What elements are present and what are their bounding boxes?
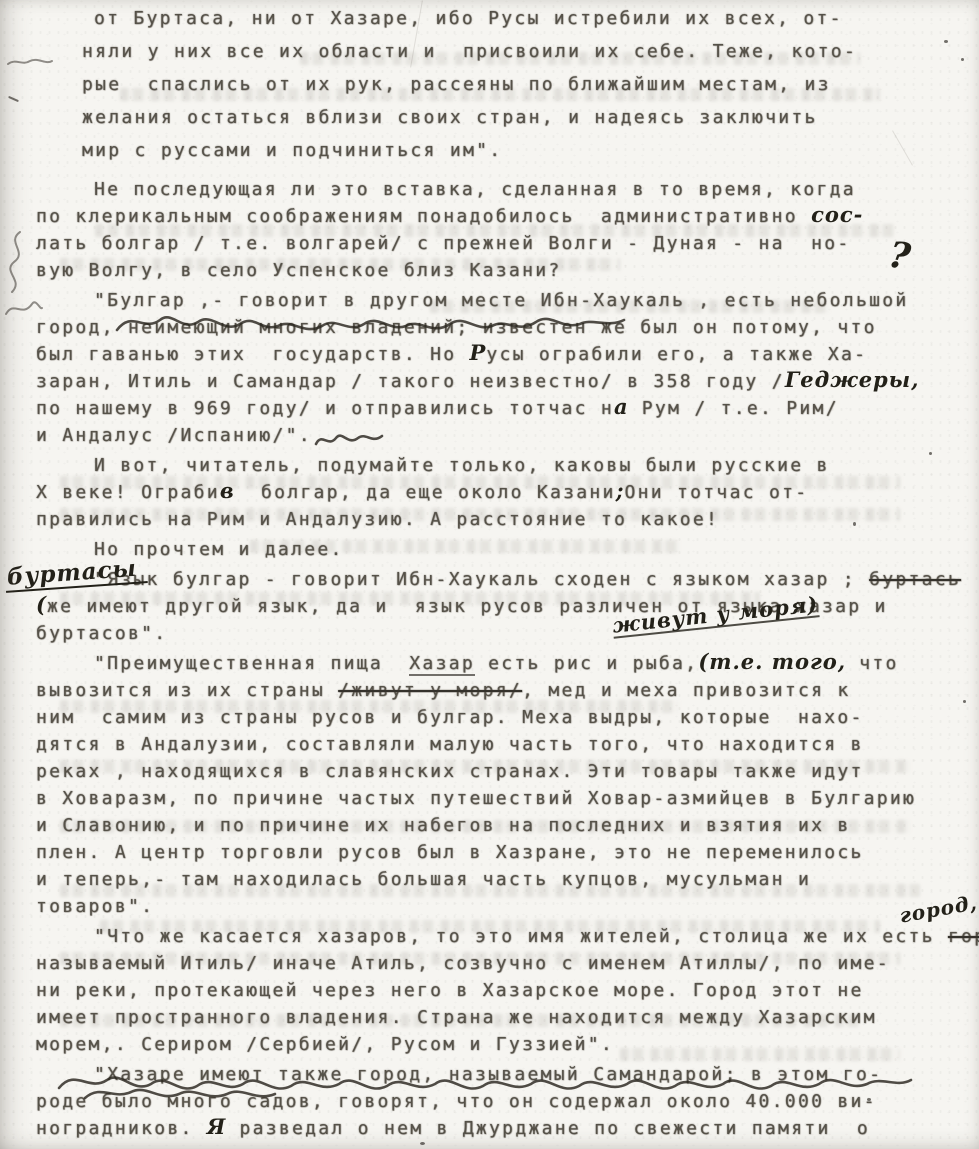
typed-text: называемый Итиль/ иначе Атиль, созвучно … [36, 953, 890, 974]
text-line: реках , находящихся в славянских странах… [36, 758, 962, 785]
typed-text: болгар, да еще около Казани [235, 482, 616, 503]
struck-text: гор [948, 926, 979, 947]
paragraph: "Язык булгар - говорит Ибн-Хаукаль сходе… [36, 566, 962, 647]
text-line: дятся в Андалузии, составляли малую част… [36, 731, 962, 758]
typed-text: ни реки, протекающей через него в Хазарс… [36, 980, 864, 1001]
paragraph: Но прочтем и далее. [36, 536, 962, 563]
typed-text: плен. А центр торговли русов был в Хазра… [36, 842, 864, 863]
struck-text: /живут у моря/ [338, 680, 522, 701]
paragraph: от Буртаса, ни от Хазаре, ибо Русы истре… [36, 2, 962, 167]
typed-text: "Булгар ,- говорит в другом месте Ибн-Ха… [94, 290, 909, 311]
text-line: от Буртаса, ни от Хазаре, ибо Русы истре… [82, 2, 962, 35]
paragraph: "Преимущественная пища Хазар есть рис и … [36, 650, 962, 920]
text-line: ним самим из страны русов и булгар. Меха… [36, 704, 962, 731]
handwritten-annotation: а [614, 394, 629, 419]
typed-text: от Буртаса, ни от Хазаре, ибо Русы истре… [94, 8, 843, 29]
text-line: город, неимеющий многих владений; извест… [36, 314, 962, 341]
typed-text: есть рис и рыба, [475, 653, 698, 674]
text-line: по клерикальным соображениям понадобилос… [36, 203, 962, 230]
typed-text: "Преимущественная пища [94, 653, 409, 674]
typed-text: что [846, 653, 899, 674]
typed-text: Не последующая ли это вставка, сделанная… [94, 179, 856, 200]
text-line: "Язык булгар - говорит Ибн-Хаукаль сходе… [36, 566, 962, 593]
text-line: Не последующая ли это вставка, сделанная… [36, 176, 962, 203]
typed-text: и Андалус /Испанию/". [36, 425, 312, 446]
typed-text: город, неимеющий многих владений; извест… [36, 317, 877, 338]
ink-scribble [2, 228, 30, 300]
typed-text: вую Волгу, в село Успенское близ Казани? [36, 260, 561, 281]
dust-speck [963, 700, 966, 703]
typed-text: буртасов". [36, 623, 167, 644]
text-line: в Ховаразм, по причине частых путешестви… [36, 785, 962, 812]
text-line: и Андалус /Испанию/". [36, 422, 962, 449]
paragraph: "Что же касается хазаров, то это имя жит… [36, 923, 962, 1058]
text-line: ноградников. Я разведал о нем в Джурджан… [36, 1115, 962, 1142]
text-line: Но прочтем и далее. [36, 536, 962, 563]
typed-text: няли у них все их области и присвоили их… [82, 41, 857, 62]
dust-speck [8, 96, 19, 102]
text-line: желания остаться вблизи своих стран, и н… [82, 101, 962, 134]
typed-text: "Хазаре имеют также город, называемый Са… [94, 1064, 882, 1085]
text-line: плен. А центр торговли русов был в Хазра… [36, 839, 962, 866]
typed-text: И вот, читатель, подумайте только, каков… [94, 455, 830, 476]
handwritten-annotation: Геджеры, [785, 367, 920, 392]
paragraph: И вот, читатель, подумайте только, каков… [36, 452, 962, 533]
typed-text: мир с руссами и подчиниться им". [82, 140, 502, 161]
handwritten-annotation: ( [36, 592, 47, 617]
paragraph: Не последующая ли это вставка, сделанная… [36, 176, 962, 284]
typed-text: , мед и меха привозится к [522, 680, 850, 701]
typed-text: по нашему в 969 году/ и отправились тотч… [36, 398, 614, 419]
typed-text: вывозится из их страны [36, 680, 338, 701]
text-line: был гаванью этих государств. Но Русы огр… [36, 341, 962, 368]
text-line: и теперь,- там находилась большая часть … [36, 866, 962, 893]
underlined-typed-text: Хазар [409, 653, 475, 676]
typed-text: товаров". [36, 896, 154, 917]
document-page: от Буртаса, ни от Хазаре, ибо Русы истре… [0, 0, 979, 1149]
typed-text: дятся в Андалузии, составляли малую част… [36, 734, 864, 755]
typed-text: Рум / т.е. Рим/ [629, 398, 839, 419]
typed-text: ним самим из страны русов и булгар. Меха… [36, 707, 864, 728]
typed-text: Х веке! Ограби [36, 482, 220, 503]
text-line: буртасов". [36, 620, 962, 647]
typed-text: усы ограбили его, а также Ха- [486, 344, 867, 365]
handwritten-annotation: Р [470, 340, 487, 365]
typed-text: морем,. Сериром /Сербией/, Русом и Гуззи… [36, 1034, 614, 1055]
text-line: "Преимущественная пища Хазар есть рис и … [36, 650, 962, 677]
typed-text: Они тотчас от- [624, 482, 808, 503]
typed-text: роде было много садов, говорят, что он с… [36, 1091, 877, 1112]
typed-text: в Ховаразм, по причине частых путешестви… [36, 788, 916, 809]
handwritten-annotation: сос- [811, 202, 863, 227]
typed-text: "Язык булгар - говорит Ибн-Хаукаль сходе… [94, 569, 869, 590]
typed-text: "Что же касается хазаров, то это имя жит… [94, 926, 948, 947]
document-text: от Буртаса, ни от Хазаре, ибо Русы истре… [36, 2, 962, 1145]
text-line: правились на Рим и Андалузию. А расстоян… [36, 506, 962, 533]
typed-text: и Славонию, и по причине их набегов на п… [36, 815, 851, 836]
text-line: рые спаслись от их рук, рассеяны по ближ… [82, 68, 962, 101]
typed-text: был гаванью этих государств. Но [36, 344, 470, 365]
text-line: заран, Итиль и Самандар / такого неизвес… [36, 368, 962, 395]
typed-text: разведал о нем в Джурджане по свежести п… [226, 1118, 870, 1139]
text-line: Х веке! Ограбив болгар, да еще около Каз… [36, 479, 962, 506]
handwritten-annotation: в [220, 478, 235, 503]
text-line: няли у них все их области и присвоили их… [82, 35, 962, 68]
typed-text: и теперь,- там находилась большая часть … [36, 869, 811, 890]
text-line: И вот, читатель, подумайте только, каков… [36, 452, 962, 479]
paragraph: "Булгар ,- говорит в другом месте Ибн-Ха… [36, 287, 962, 449]
typed-text: желания остаться вблизи своих стран, и н… [82, 107, 818, 128]
typed-text: реках , находящихся в славянских странах… [36, 761, 864, 782]
typed-text: заран, Итиль и Самандар / такого неизвес… [36, 371, 785, 392]
text-line: "Булгар ,- говорит в другом месте Ибн-Ха… [36, 287, 962, 314]
text-line: вую Волгу, в село Успенское близ Казани? [36, 257, 962, 284]
text-line: лать болгар / т.е. волгарей/ с прежней В… [36, 230, 962, 257]
paragraph: "Хазаре имеют также город, называемый Са… [36, 1061, 962, 1142]
text-line: "Хазаре имеют также город, называемый Са… [36, 1061, 962, 1088]
text-line: морем,. Сериром /Сербией/, Русом и Гуззи… [36, 1031, 962, 1058]
dust-speck [961, 58, 964, 61]
typed-text: рые спаслись от их рук, рассеяны по ближ… [82, 74, 831, 95]
text-line: и Славонию, и по причине их набегов на п… [36, 812, 962, 839]
typed-text: правились на Рим и Андалузию. А расстоян… [36, 509, 719, 530]
handwritten-annotation: Я [207, 1114, 227, 1139]
text-line: роде было много садов, говорят, что он с… [36, 1088, 962, 1115]
typed-text: по клерикальным соображениям понадобилос… [36, 206, 811, 227]
text-line: мир с руссами и подчиниться им". [82, 134, 962, 167]
text-line: называемый Итиль/ иначе Атиль, созвучно … [36, 950, 962, 977]
dust-speck [420, 1142, 425, 1145]
text-line: по нашему в 969 году/ и отправились тотч… [36, 395, 962, 422]
text-line: "Что же касается хазаров, то это имя жит… [36, 923, 962, 950]
typed-text: лать болгар / т.е. волгарей/ с прежней В… [36, 233, 851, 254]
text-line: товаров". [36, 893, 962, 920]
text-line: (же имеют другой язык, да и язык русов р… [36, 593, 962, 620]
dust-speck [929, 452, 932, 455]
dust-speck [853, 522, 856, 526]
text-line: ни реки, протекающей через него в Хазарс… [36, 977, 962, 1004]
typed-text: ноградников. [36, 1118, 207, 1139]
dust-speck [944, 40, 948, 43]
typed-text: имеет пространного владения. Страна же н… [36, 1007, 877, 1028]
text-line: имеет пространного владения. Страна же н… [36, 1004, 962, 1031]
dust-speck [867, 1098, 871, 1101]
text-line: вывозится из их страны /живут у моря/, м… [36, 677, 962, 704]
struck-text: буртась [869, 569, 961, 590]
handwritten-annotation: (т.е. того, [698, 649, 846, 674]
